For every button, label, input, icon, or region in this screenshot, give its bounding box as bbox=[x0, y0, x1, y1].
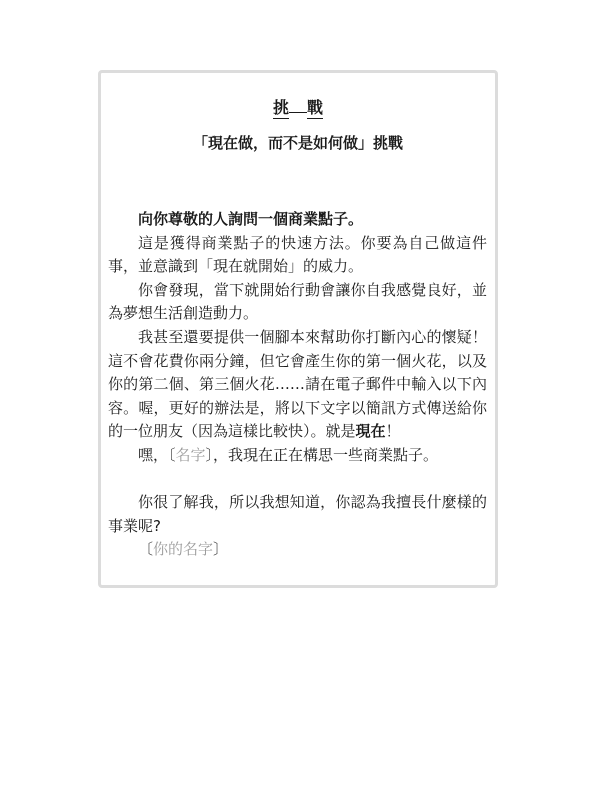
title-char-1: 挑 bbox=[273, 98, 289, 119]
title-char-2: 戰 bbox=[307, 98, 323, 119]
script-greeting: 嘿，〔名字〕，我現在正在構思一些商業點子。 bbox=[108, 444, 487, 468]
box-subtitle: 「現在做，而不是如何做」挑戰 bbox=[101, 132, 495, 153]
greeting-start: 嘿，〔 bbox=[138, 446, 176, 464]
paragraph-3: 我甚至還要提供一個腳本來幫助你打斷內心的懷疑！這不會花費你兩分鐘，但它會產生你的… bbox=[108, 326, 487, 444]
paragraph-2: 你會發現，當下就開始行動會讓你自我感覺良好，並為夢想生活創造動力。 bbox=[108, 279, 487, 326]
paragraph-3-end: ！ bbox=[386, 422, 401, 440]
blank-line bbox=[108, 468, 487, 492]
sig-close: 〕 bbox=[213, 540, 228, 558]
greeting-end: 〕，我現在正在構思一些商業點子。 bbox=[206, 446, 439, 464]
sig-open: 〔 bbox=[138, 540, 153, 558]
script-question: 你很了解我，所以我想知道，你認為我擅長什麼樣的事業呢? bbox=[108, 491, 487, 538]
section-heading: 向你尊敬的人詢問一個商業點子。 bbox=[108, 208, 487, 232]
challenge-box: 挑戰 「現在做，而不是如何做」挑戰 向你尊敬的人詢問一個商業點子。 這是獲得商業… bbox=[98, 70, 498, 588]
paragraph-3-emphasis: 現在 bbox=[356, 422, 386, 440]
name-placeholder: 名字 bbox=[176, 446, 206, 464]
your-name-placeholder: 你的名字 bbox=[153, 540, 213, 558]
box-title: 挑戰 bbox=[101, 95, 495, 118]
body-text: 向你尊敬的人詢問一個商業點子。 這是獲得商業點子的快速方法。你要為自己做這件事，… bbox=[108, 208, 487, 562]
paragraph-1: 這是獲得商業點子的快速方法。你要為自己做這件事，並意識到「現在就開始」的威力。 bbox=[108, 232, 487, 279]
paragraph-3-text: 我甚至還要提供一個腳本來幫助你打斷內心的懷疑！這不會花費你兩分鐘，但它會產生你的… bbox=[108, 328, 487, 440]
title-gap bbox=[289, 111, 307, 113]
script-signature: 〔你的名字〕 bbox=[108, 538, 487, 562]
